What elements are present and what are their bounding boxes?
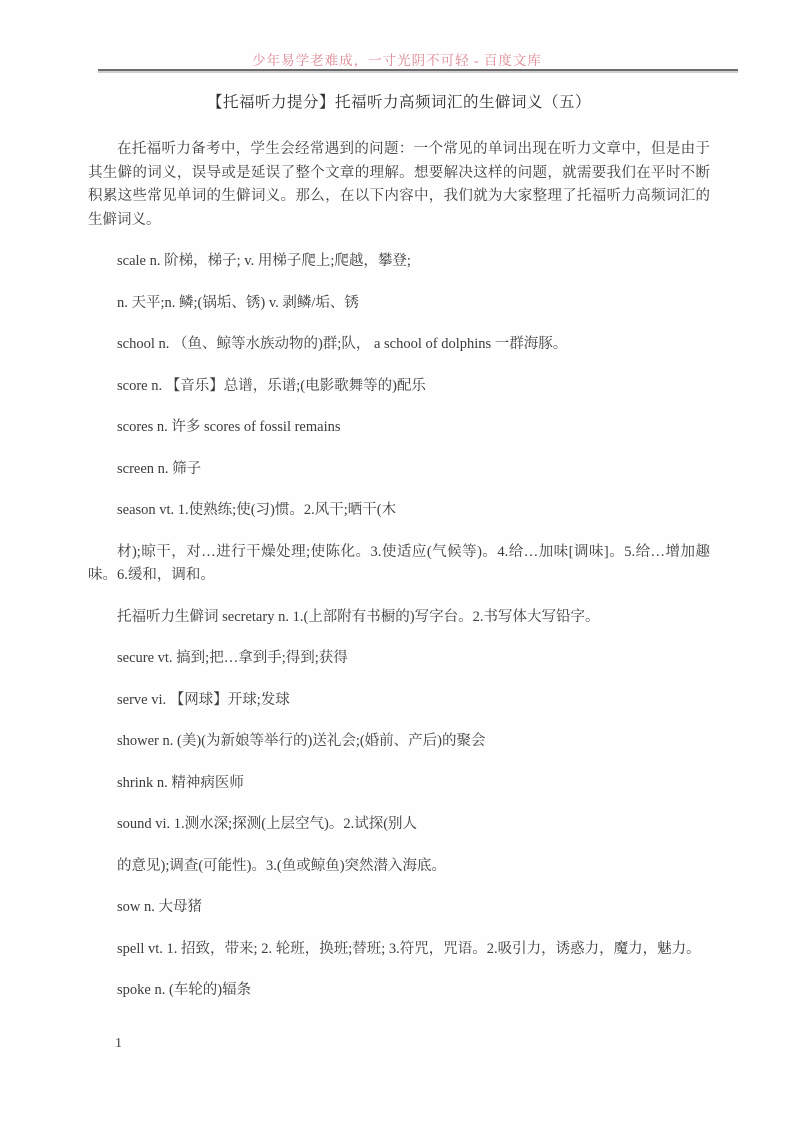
page-title: 【托福听力提分】托福听力高频词汇的生僻词义（五） <box>88 92 710 114</box>
vocab-entry-scale-cont: n. 天平;n. 鳞;(锅垢、锈) v. 剥鳞/垢、锈 <box>88 292 710 316</box>
vocab-entry-season-cont: 材);晾干，对…进行干燥处理;使陈化。3.使适应(气候等)。4.给…加味[调味]… <box>88 541 710 588</box>
vocab-entry-secretary: 托福听力生僻词 secretary n. 1.(上部附有书橱的)写字台。2.书写… <box>88 606 710 630</box>
vocab-entry-spell: spell vt. 1. 招致，带来; 2. 轮班，换班;替班; 3.符咒，咒语… <box>88 938 710 962</box>
vocab-entry-score: score n. 【音乐】总谱，乐谱;(电影歌舞等的)配乐 <box>88 375 710 399</box>
vocab-entry-scale: scale n. 阶梯，梯子; v. 用梯子爬上;爬越，攀登; <box>88 250 710 274</box>
page-number: 1 <box>115 1036 122 1052</box>
vocab-entry-shrink: shrink n. 精神病医师 <box>88 772 710 796</box>
document-page: 少年易学老难成，一寸光阴不可轻 - 百度文库 【托福听力提分】托福听力高频词汇的… <box>0 0 794 1123</box>
vocab-entry-secure: secure vt. 搞到;把…拿到手;得到;获得 <box>88 647 710 671</box>
intro-paragraph: 在托福听力备考中，学生会经常遇到的问题：一个常见的单词出现在听力文章中，但是由于… <box>88 138 710 232</box>
vocab-entry-season: season vt. 1.使熟练;使(习)惯。2.风干;晒干(木 <box>88 499 710 523</box>
vocab-entry-school: school n. （鱼、鲸等水族动物的)群;队， a school of do… <box>88 333 710 357</box>
header-rule <box>98 69 738 71</box>
vocab-entry-scores: scores n. 许多 scores of fossil remains <box>88 416 710 440</box>
vocab-entry-screen: screen n. 筛子 <box>88 458 710 482</box>
header-slogan: 少年易学老难成，一寸光阴不可轻 - 百度文库 <box>0 49 794 69</box>
vocab-entry-serve: serve vi. 【网球】开球;发球 <box>88 689 710 713</box>
vocab-entry-sound: sound vi. 1.测水深;探测(上层空气)。2.试探(别人 <box>88 813 710 837</box>
document-content: 【托福听力提分】托福听力高频词汇的生僻词义（五） 在托福听力备考中，学生会经常遇… <box>88 92 710 1021</box>
vocab-entry-spoke: spoke n. (车轮的)辐条 <box>88 979 710 1003</box>
vocab-entry-sow: sow n. 大母猪 <box>88 896 710 920</box>
vocab-entry-sound-cont: 的意见);调查(可能性)。3.(鱼或鲸鱼)突然潜入海底。 <box>88 855 710 879</box>
vocab-entry-shower: shower n. (美)(为新娘等举行的)送礼会;(婚前、产后)的聚会 <box>88 730 710 754</box>
